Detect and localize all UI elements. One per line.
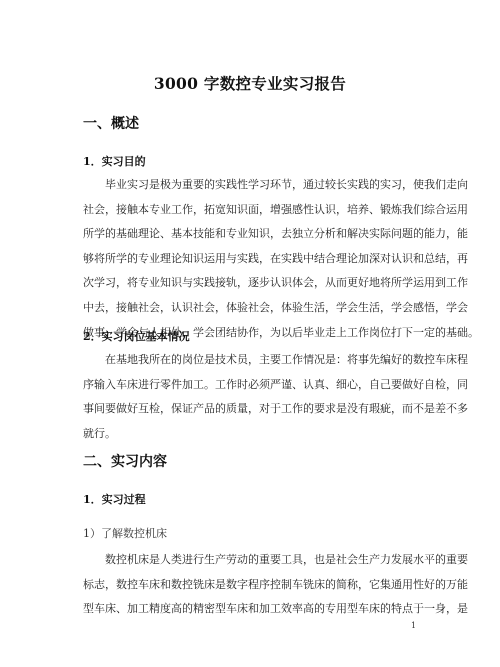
subsection-heading-purpose: 1．实习目的 <box>83 153 146 169</box>
paragraph-line: 就行。 <box>83 422 415 447</box>
paragraph-line: 标志，数控车床和数控铣床是数字程序控制车铣床的简称，它集通用性好的万能 <box>83 573 415 598</box>
section-heading-overview: 一、概述 <box>83 113 139 133</box>
paragraph-line: 次学习，将专业知识与实践接轨，逐步认识体会，从而更好地将所学运用到工作 <box>83 271 415 296</box>
paragraph-line: 事间要做好互检，保证产品的质量，对于工作的要求是没有瑕疵，而不是差不多 <box>83 397 415 422</box>
paragraph-position: 在基地我所在的岗位是技术员，主要工作情况是：将事先编好的数控车床程 序输入车床进… <box>83 348 415 446</box>
paragraph-line: 社会，接触本专业工作，拓宽知识面，增强感性认识，培养、锻炼我们综合运用 <box>83 198 415 223</box>
paragraph-line: 序输入车床进行零件加工。工作时必须严谨、认真、细心，自己要做好自检，同 <box>83 373 415 398</box>
paragraph-line: 毕业实习是极为重要的实践性学习环节，通过较长实践的实习，使我们走向 <box>83 173 415 198</box>
section-heading-content: 二、实习内容 <box>83 451 167 471</box>
subsection-heading-position: 2．实习岗位基本情况 <box>83 328 190 344</box>
subsection-heading-process: 1．实习过程 <box>83 491 146 507</box>
paragraph-line: 所学的基础理论、基本技能和专业知识，去独立分析和解决实际问题的能力，能 <box>83 222 415 247</box>
document-page: 3000 字数控专业实习报告 一、概述 1．实习目的 毕业实习是极为重要的实践性… <box>0 0 500 667</box>
list-item-understand-cnc: 1）了解数控机床 <box>83 525 167 541</box>
paragraph-purpose: 毕业实习是极为重要的实践性学习环节，通过较长实践的实习，使我们走向 社会，接触本… <box>83 173 415 345</box>
page-number: 1 <box>411 621 416 630</box>
paragraph-line: 型车床、加工精度高的精密型车床和加工效率高的专用型车床的特点于一身，是 <box>83 597 415 622</box>
document-title: 3000 字数控专业实习报告 <box>0 72 500 94</box>
paragraph-line: 在基地我所在的岗位是技术员，主要工作情况是：将事先编好的数控车床程 <box>83 348 415 373</box>
paragraph-line: 数控机床是人类进行生产劳动的重要工具，也是社会生产力发展水平的重要 <box>83 548 415 573</box>
paragraph-line: 中去，接触社会，认识社会，体验社会，体验生活，学会生活，学会感悟，学会 <box>83 296 415 321</box>
paragraph-line: 够将所学的专业理论知识运用与实践，在实践中结合理论加深对认识和总结，再 <box>83 247 415 272</box>
paragraph-cnc-machine: 数控机床是人类进行生产劳动的重要工具，也是社会生产力发展水平的重要 标志，数控车… <box>83 548 415 622</box>
